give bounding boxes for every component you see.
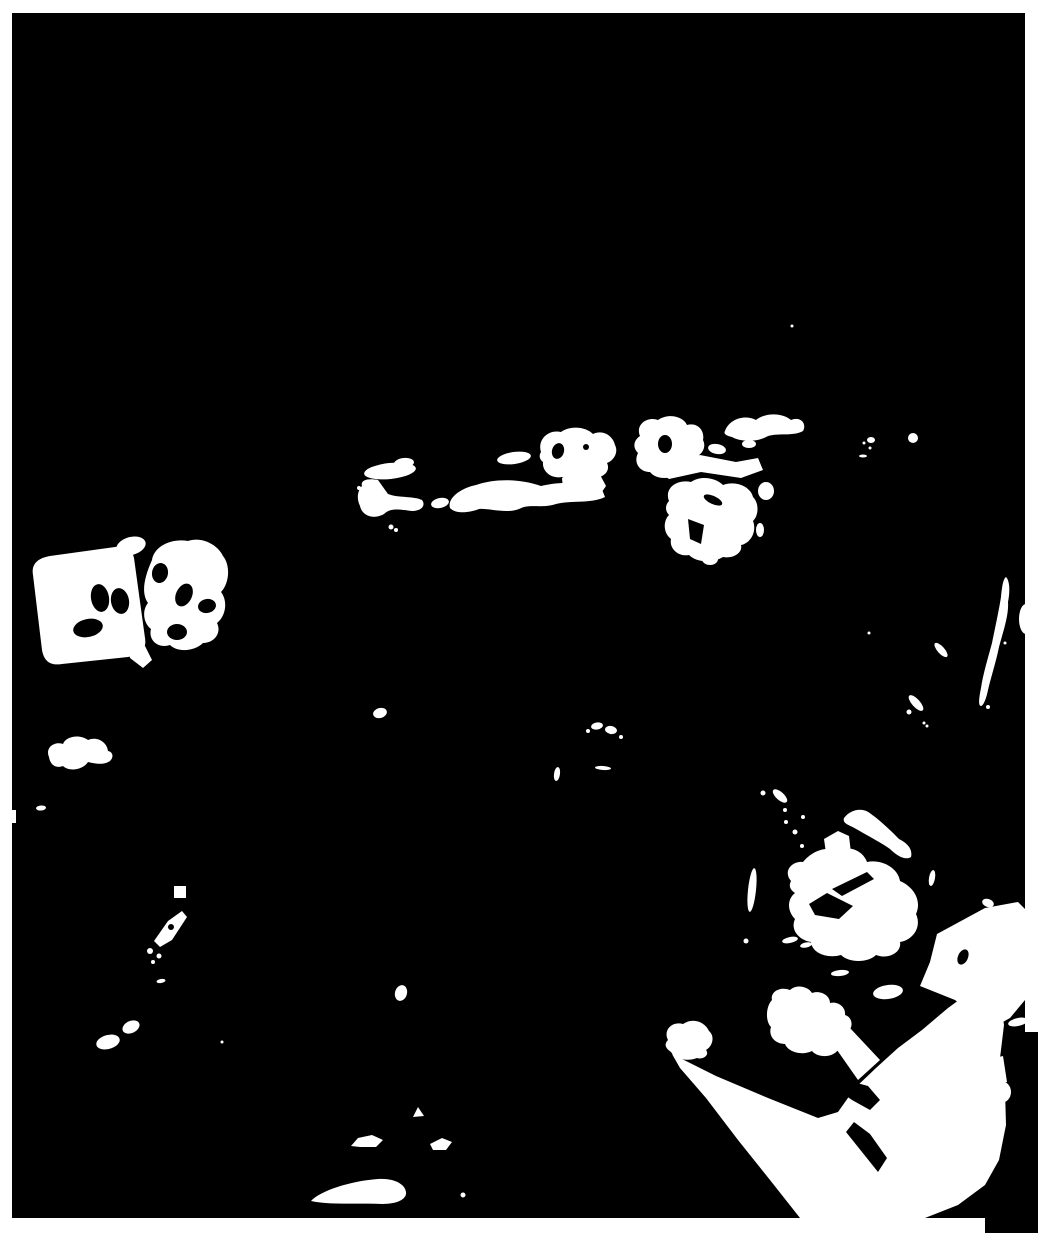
right-sliver-dot [986,705,990,709]
band-top-cluster [540,428,617,482]
bottom-speck-4 [834,1198,839,1203]
left-diag-streak-hole [168,924,174,930]
band-cup-below [702,553,718,565]
dot-746-941 [744,939,749,944]
band-right-bit-3 [758,482,774,500]
bottom-speck-2 [799,1185,803,1189]
dot-786-822 [784,820,788,824]
band-dot-a [389,525,394,530]
dot-pair-b [926,725,929,728]
left-speck-3 [151,960,155,964]
band-dot-b [394,528,398,532]
left-margin-nub [4,810,16,823]
dot-463-1195 [461,1193,466,1198]
left-square-blob [174,886,186,898]
speck-cross [867,437,875,443]
dot-222-1042 [221,1041,224,1044]
dot-869-633 [868,632,871,635]
band-bit-2 [742,440,756,448]
dot-785-810 [783,808,787,812]
socket-right-blob-hole-4 [167,624,187,640]
mid-arc-dot-1 [586,729,590,733]
dot-802-846 [800,844,804,848]
speck-dash [859,455,867,458]
band-top-cluster-dot [583,444,589,450]
right-margin-lower-patch [1025,1032,1038,1233]
speck-blob [908,433,918,443]
bottom-speck-3 [810,1188,815,1193]
left-speck-1 [147,948,153,954]
binary-mask-image [0,0,1038,1233]
band-right-mass-hole [658,435,672,453]
left-speck-2 [157,954,162,959]
speck-dot-2 [869,447,872,450]
binary-mask-page [0,0,1038,1233]
bottom-margin-right-patch [985,1218,1038,1233]
hook-dot [907,710,912,715]
band-dot-left [357,486,361,490]
dot-1005-643 [1004,642,1007,645]
dot-803-817 [801,815,805,819]
dot-pair-a [923,722,926,725]
right-margin-bump [1019,604,1033,634]
mid-arc-dot-2 [619,735,623,739]
speck-dot-1 [863,442,866,445]
swath-left-blob [666,1021,713,1060]
dot-763-793 [761,791,766,796]
speck-dot-upper [791,325,794,328]
dot-795-832 [793,830,798,835]
bottom-speck-5 [845,1204,850,1209]
band-right-bit-4 [756,523,764,537]
bottom-speck-1 [788,1180,793,1185]
